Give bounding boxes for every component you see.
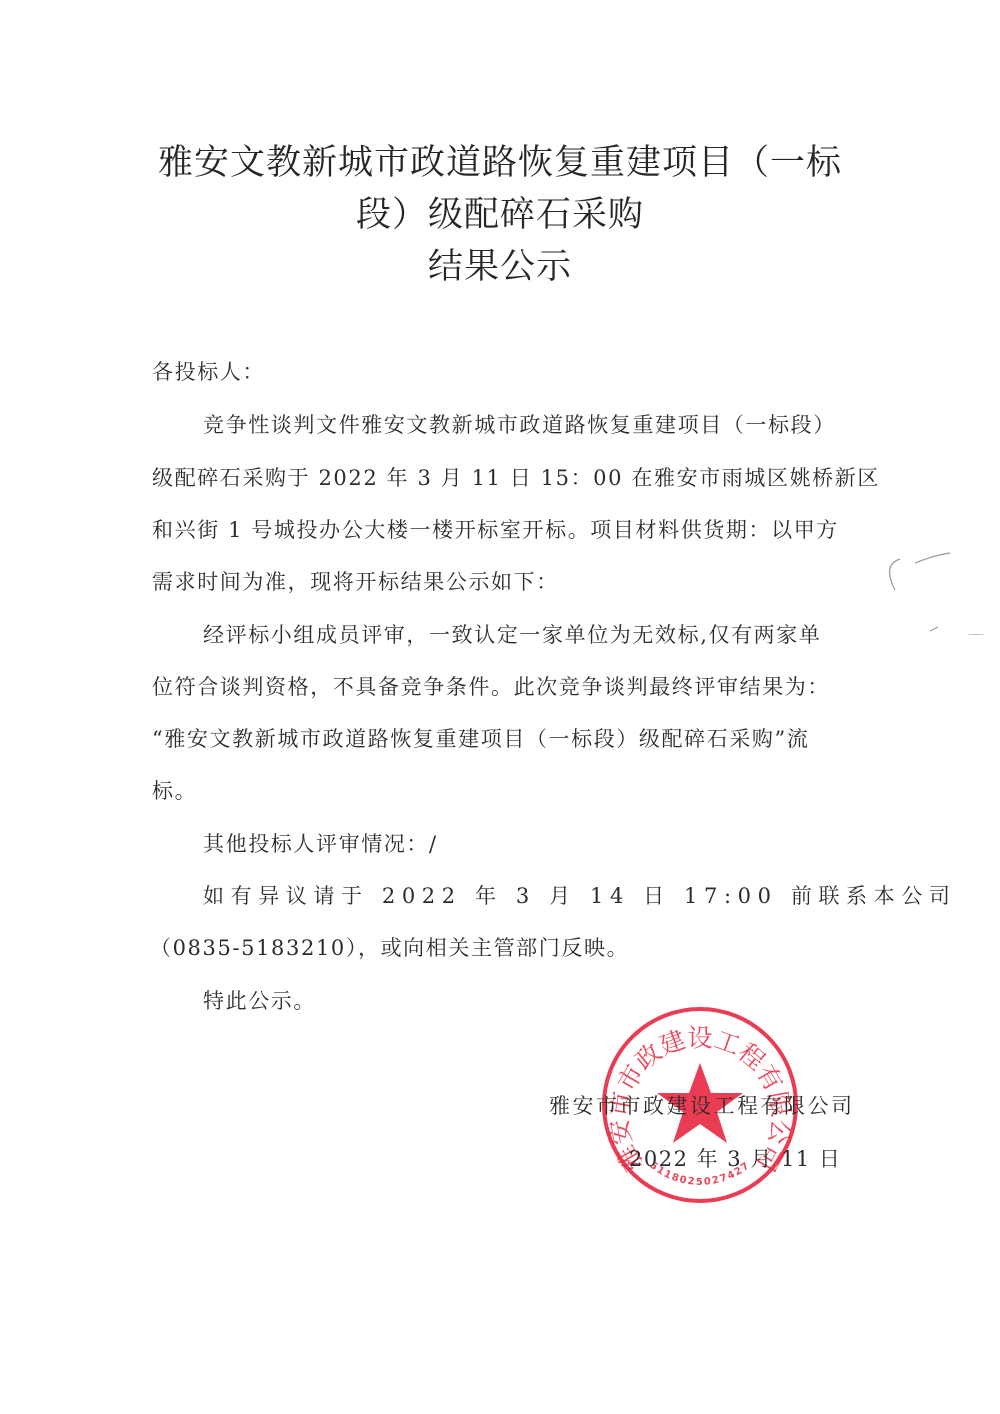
document-title-line-2: 段）级配碎石采购 [140, 189, 860, 241]
paragraph-1-line-2: 级配碎石采购于 2022 年 3 月 11 日 15：00 在雅安市雨城区姚桥新… [152, 463, 852, 493]
document-title-line-1: 雅安文教新城市政道路恢复重建项目（一标 [140, 137, 860, 189]
paragraph-3: 其他投标人评审情况：/ [203, 829, 903, 859]
paragraph-4-line-2: （0835-5183210），或向相关主管部门反映。 [150, 933, 850, 963]
pen-mark-decoration [880, 545, 990, 635]
paragraph-1-line-3: 和兴街 1 号城投办公大楼一楼开标室开标。项目材料供货期：以甲方 [152, 515, 852, 545]
paragraph-4-line-1: 如有异议请于 2022 年 3 月 14 日 17:00 前联系本公司 [203, 881, 903, 911]
paragraph-2-line-1: 经评标小组成员评审，一致认定一家单位为无效标,仅有两家单 [203, 620, 903, 650]
paragraph-2-line-2: 位符合谈判资格，不具备竞争条件。此次竞争谈判最终评审结果为： [152, 672, 852, 702]
signature-company: 雅安市市政建设工程有限公司 [549, 1090, 855, 1120]
document-title-line-3: 结果公示 [140, 241, 860, 293]
paragraph-2-line-4: 标。 [152, 776, 852, 806]
salutation: 各投标人： [152, 357, 852, 387]
paragraph-1-line-4: 需求时间为准，现将开标结果公示如下： [152, 567, 852, 597]
signature-date: 2022 年 3 月 11 日 [629, 1143, 841, 1173]
paragraph-2-line-3: “雅安文教新城市政道路恢复重建项目（一标段）级配碎石采购”流 [152, 724, 852, 754]
paragraph-1-line-1: 竞争性谈判文件雅安文教新城市政道路恢复重建项目（一标段） [203, 410, 903, 440]
